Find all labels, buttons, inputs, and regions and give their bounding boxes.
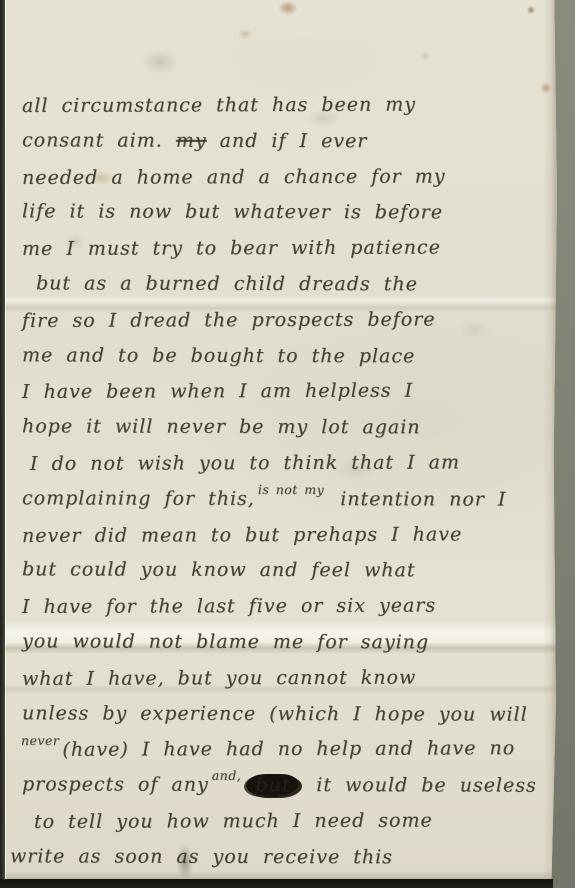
letter-text: consant aim. bbox=[22, 129, 176, 151]
letter-text: unless by experience (which I hope you w… bbox=[22, 702, 528, 725]
letter-line: I have been when I am helpless I bbox=[22, 373, 557, 411]
letter-text: it would be useless bbox=[303, 774, 537, 797]
letter-line: never did mean to but prehaps I have bbox=[22, 517, 557, 555]
letter-line: fire so I dread the prospects before bbox=[22, 302, 557, 340]
letter-text: prospects of any bbox=[22, 773, 209, 795]
letter-lines: all circumstance that has been myconsant… bbox=[5, 0, 557, 880]
letter-line: complaining for this,is not my intention… bbox=[22, 481, 557, 518]
letter-line: me I must try to bear with patience bbox=[22, 230, 557, 268]
struck-out-word: my bbox=[176, 129, 207, 151]
letter-line: write as soon as you receive this bbox=[10, 839, 557, 876]
letter-line: hope it will never be my lot again bbox=[22, 409, 557, 446]
letter-line: all circumstance that has been my bbox=[22, 87, 557, 125]
letter-text: me and to be bought to the place bbox=[22, 344, 415, 367]
letter-text: you would not blame me for saying bbox=[22, 630, 429, 653]
letter-text: and if I ever bbox=[207, 130, 368, 152]
letter-text: write as soon as you receive this bbox=[10, 845, 393, 868]
letter-text: complaining for this, bbox=[22, 487, 255, 510]
scan-left-edge bbox=[0, 0, 5, 888]
letter-line: never(have) I have had no help and have … bbox=[18, 731, 557, 769]
letter-line: but could you know and feel what bbox=[22, 553, 557, 590]
letter-line: prospects of anyand,but it would be usel… bbox=[22, 767, 557, 804]
letter-line: I have for the last five or six years bbox=[22, 588, 557, 626]
letter-text: never did mean to but prehaps I have bbox=[22, 523, 462, 547]
letter-text: all circumstance that has been my bbox=[22, 94, 416, 117]
interline-insertion: never bbox=[21, 723, 60, 759]
letter-line: but as a burned child dreads the bbox=[36, 266, 557, 303]
interline-insertion: is not my bbox=[258, 472, 324, 508]
letter-text: (have) I have had no help and have no bbox=[62, 738, 515, 762]
letter-line: life it is now but whatever is before bbox=[22, 195, 557, 232]
letter-text: intention nor I bbox=[327, 488, 506, 510]
interline-insertion: and, bbox=[212, 758, 242, 794]
letter-text: what I have, but you cannot know bbox=[22, 666, 416, 689]
letter-text: to tell you how much I need some bbox=[34, 809, 433, 832]
letter-line: to tell you how much I need some bbox=[34, 803, 557, 841]
letter-text: me I must try to bear with patience bbox=[22, 237, 441, 260]
letter-text: fire so I dread the prospects before bbox=[22, 308, 436, 331]
scan-bottom-edge bbox=[0, 879, 553, 888]
letter-line: me and to be bought to the place bbox=[22, 338, 557, 375]
letter-line: what I have, but you cannot know bbox=[22, 660, 557, 698]
ink-blot-word: but bbox=[246, 774, 299, 796]
letter-text: needed a home and a chance for my bbox=[22, 165, 446, 188]
letter-paper: all circumstance that has been myconsant… bbox=[5, 0, 557, 880]
letter-line: you would not blame me for saying bbox=[22, 624, 557, 661]
letter-text: life it is now but whatever is before bbox=[22, 201, 443, 224]
letter-text: but as a burned child dreads the bbox=[36, 272, 418, 295]
letter-text: I have for the last five or six years bbox=[22, 595, 436, 618]
scanned-letter-page: all circumstance that has been myconsant… bbox=[0, 0, 575, 888]
letter-text: but could you know and feel what bbox=[22, 559, 416, 582]
letter-line: needed a home and a chance for my bbox=[22, 159, 557, 197]
letter-line: consant aim. my and if I ever bbox=[22, 123, 557, 160]
letter-line: unless by experience (which I hope you w… bbox=[22, 696, 557, 733]
letter-text: I have been when I am helpless I bbox=[22, 380, 413, 403]
letter-text: I do not wish you to think that I am bbox=[30, 451, 460, 475]
letter-text: hope it will never be my lot again bbox=[22, 415, 421, 438]
